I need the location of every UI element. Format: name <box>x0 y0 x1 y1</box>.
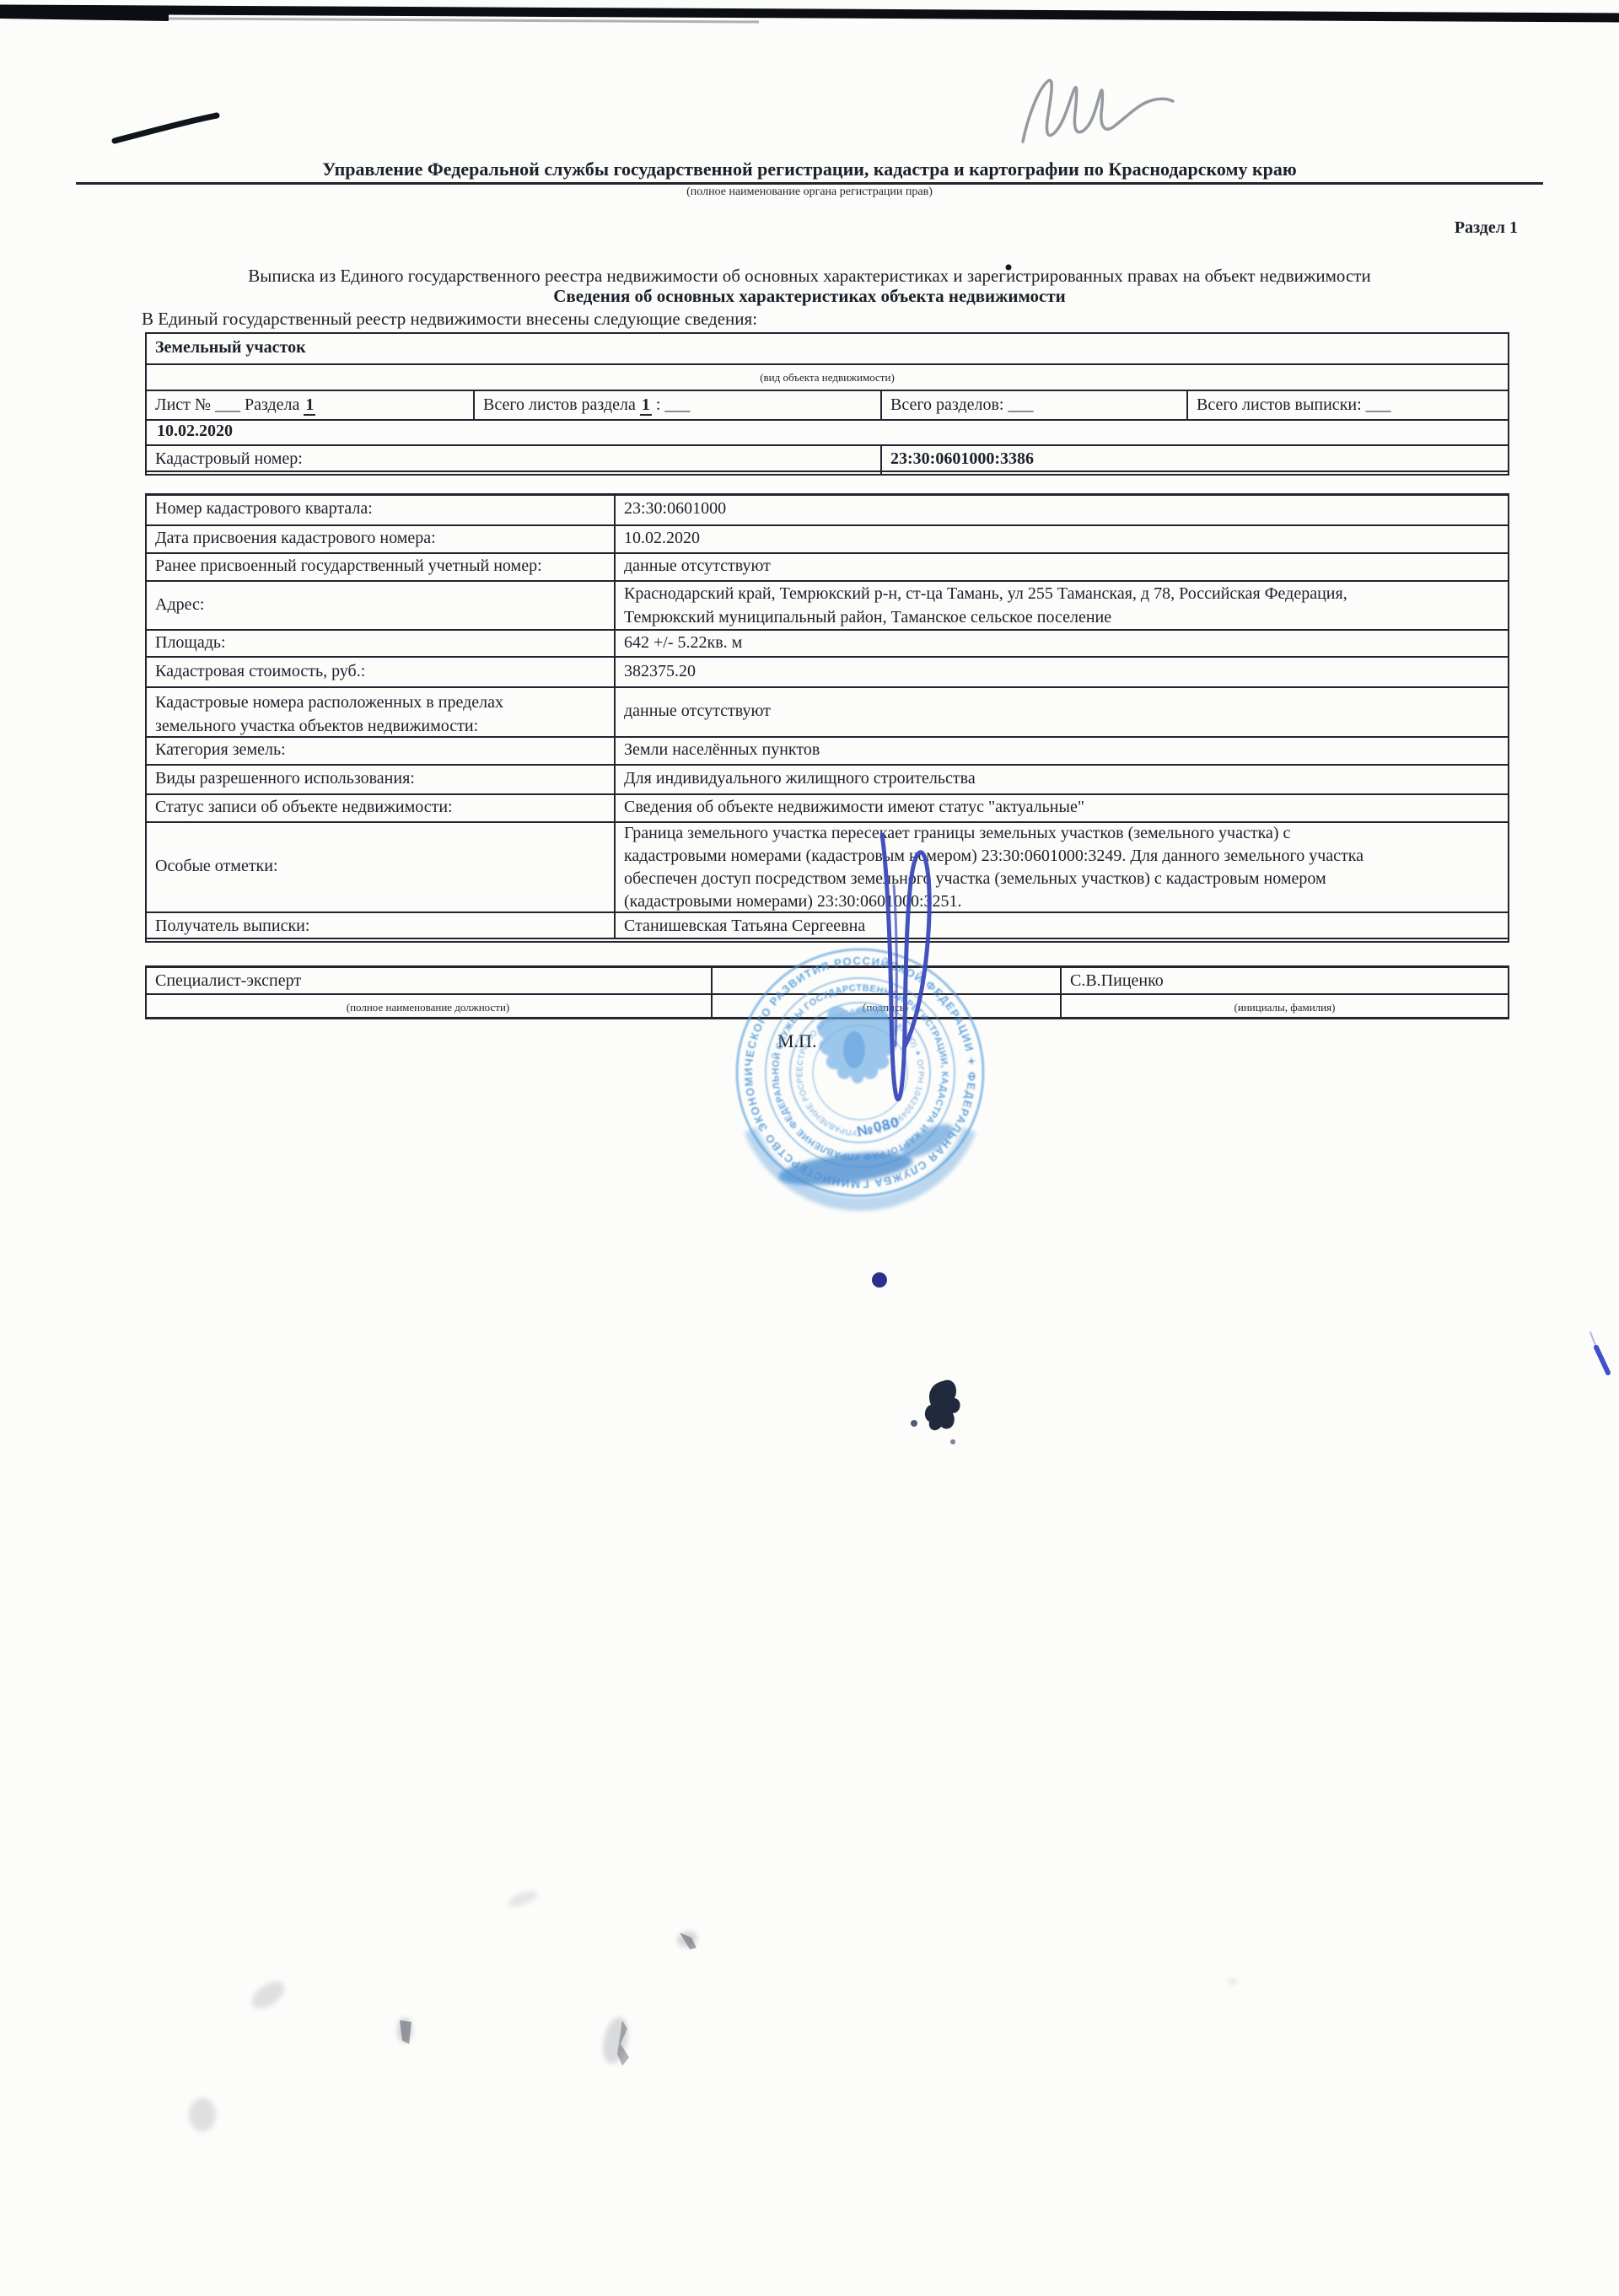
row-value-line: Темрюкский муниципальный район, Таманско… <box>624 606 1111 628</box>
seal-place-label: М.П. <box>777 1030 816 1052</box>
pen-slash-mark <box>1590 1332 1608 1373</box>
t2-divider <box>614 493 616 939</box>
row-label: Дата присвоения кадастрового номера: <box>155 527 436 549</box>
extract-date: 10.02.2020 <box>157 420 233 442</box>
t1-border <box>145 470 1509 472</box>
sections-total-label: Всего разделов: <box>890 395 1004 414</box>
t1-border <box>145 390 1509 391</box>
t2-border <box>145 629 1509 631</box>
row-value: данные отсутствуют <box>624 700 771 722</box>
row-value-line: обеспечен доступ посредством земельного … <box>624 868 1326 890</box>
pencil-initials <box>1023 80 1173 142</box>
sheets-total-cell: Всего листов раздела 1 : ___ <box>483 394 690 416</box>
signoff-signature-caption: (подпись) <box>711 1001 1060 1014</box>
seal-ink-smear-arc <box>750 1130 970 1204</box>
row-label: Особые отметки: <box>155 855 278 877</box>
svg-text:(УПРАВЛЕНИЕ РОСРЕЕСТРА ПО КРАС: (УПРАВЛЕНИЕ РОСРЕЕСТРА ПО КРАСНОДАРСКОМУ… <box>795 1008 925 1137</box>
row-value: 642 +/- 5.22кв. м <box>624 632 742 653</box>
row-value-line: Краснодарский край, Темрюкский р-н, ст-ц… <box>624 583 1347 605</box>
extract-sheets-blank: ___ <box>1366 395 1391 414</box>
row-value-line: (кадастровыми номерами) 23:30:0601000:32… <box>624 890 962 912</box>
t2-border <box>1508 493 1509 943</box>
seal-ink-smear <box>897 1118 958 1164</box>
object-kind: Земельный участок <box>155 336 306 358</box>
row-label: Номер кадастрового квартала: <box>155 497 373 519</box>
t3-border <box>145 1017 1509 1019</box>
row-label: Площадь: <box>155 632 226 653</box>
row-label-line: Кадастровые номера расположенных в преде… <box>155 691 503 713</box>
ink-blot <box>911 1380 960 1444</box>
signoff-position: Специалист-эксперт <box>155 970 301 992</box>
t1-border <box>1186 390 1188 421</box>
sheets-total-number: 1 <box>640 395 652 416</box>
section-label: Раздел 1 <box>1265 217 1518 239</box>
cadastral-number-label: Кадастровый номер: <box>155 448 303 470</box>
paper-smudges <box>189 1888 1237 2132</box>
sheet-cell: Лист № ___ Раздела 1 <box>155 394 315 416</box>
row-label: Категория земель: <box>155 739 286 761</box>
row-value: 10.02.2020 <box>624 527 700 549</box>
row-value: данные отсутствуют <box>624 555 771 577</box>
t2-border <box>145 580 1509 582</box>
seal-number: №080 <box>855 1114 901 1140</box>
intro-line: В Единый государственный реестр недвижим… <box>142 308 757 330</box>
t2-border <box>145 524 1509 526</box>
t1-border <box>145 419 1509 421</box>
scan-edge-artifact <box>0 9 1619 22</box>
signoff-name-caption: (инициалы, фамилия) <box>1060 1001 1509 1014</box>
t1-border <box>145 363 1509 365</box>
row-label: Адрес: <box>155 594 204 616</box>
t1-border <box>880 444 882 476</box>
extract-title: Выписка из Единого государственного реес… <box>93 265 1526 287</box>
row-value: Земли населённых пунктов <box>624 739 820 761</box>
t2-border <box>145 552 1509 554</box>
row-value: 23:30:0601000 <box>624 497 726 519</box>
egrn-extract-scanned-page: Управление Федеральной службы государств… <box>0 0 1619 2296</box>
t1-border <box>1508 332 1509 476</box>
t2-border <box>145 938 1509 939</box>
seal-inner-circle <box>790 1003 930 1143</box>
authority-underline <box>76 182 1543 185</box>
t2-border <box>145 793 1509 795</box>
row-label: Получатель выписки: <box>155 915 309 937</box>
row-label-line: земельного участка объектов недвижимости… <box>155 715 478 737</box>
t3-border <box>145 993 1509 995</box>
seal-outer-circle <box>737 949 983 1196</box>
t1-border <box>145 332 1509 334</box>
row-value: 382375.20 <box>624 660 696 682</box>
sheets-total-label: Всего листов раздела <box>483 395 636 414</box>
signoff-name: С.В.Пиценко <box>1070 970 1164 992</box>
t2-border <box>145 493 147 943</box>
row-label: Виды разрешенного использования: <box>155 767 415 789</box>
sheet-label: Лист № <box>155 395 211 414</box>
t1-border <box>145 444 1509 446</box>
signoff-position-caption: (полное наименование должности) <box>145 1001 711 1014</box>
seal-eagle-core <box>843 1031 865 1068</box>
seal-center-circle <box>813 1025 907 1120</box>
extract-sheets-cell: Всего листов выписки: ___ <box>1197 394 1391 416</box>
extract-sheets-label: Всего листов выписки: <box>1197 395 1362 414</box>
row-label: Ранее присвоенный государственный учетны… <box>155 555 542 577</box>
t1-border <box>880 390 882 421</box>
row-value: Для индивидуального жилищного строительс… <box>624 767 976 789</box>
pen-dash-mark <box>115 116 217 141</box>
t2-border <box>145 493 1509 496</box>
authority-caption: (полное наименование органа регистрации … <box>135 186 1484 199</box>
svg-text:МИНИСТЕРСТВО ЭКОНОМИЧЕСКОГО РА: МИНИСТЕРСТВО ЭКОНОМИЧЕСКОГО РАЗВИТИЯ РОС… <box>666 923 978 1191</box>
seal-inner-ring-text: (УПРАВЛЕНИЕ РОСРЕЕСТРА ПО КРАСНОДАРСКОМУ… <box>795 1008 925 1137</box>
authority-name: Управление Федеральной службы государств… <box>135 159 1484 180</box>
extract-subtitle: Сведения об основных характеристиках объ… <box>135 285 1484 307</box>
t1-border <box>473 390 475 421</box>
sections-total-cell: Всего разделов: ___ <box>890 394 1034 416</box>
object-kind-caption: (вид объекта недвижимости) <box>145 371 1509 384</box>
t2-border <box>145 764 1509 766</box>
t1-border <box>145 474 1509 476</box>
row-value: Сведения об объекте недвижимости имеют с… <box>624 796 1084 818</box>
seal-ink-smear <box>777 1146 915 1191</box>
sheets-total-blank: : ___ <box>656 395 691 414</box>
sheet-section-word: Раздела <box>245 395 299 414</box>
t1-border <box>145 332 147 476</box>
t2-border <box>145 941 1509 943</box>
sheet-section-number: 1 <box>304 395 315 416</box>
row-value-line: Граница земельного участка пересекает гр… <box>624 822 1290 844</box>
rosreestr-round-seal: МИНИСТЕРСТВО ЭКОНОМИЧЕСКОГО РАЗВИТИЯ РОС… <box>666 923 1054 1231</box>
t2-border <box>145 656 1509 658</box>
t2-border <box>145 686 1509 688</box>
row-label: Кадастровая стоимость, руб.: <box>155 660 365 682</box>
t3-border <box>145 965 1509 968</box>
sections-total-blank: ___ <box>1009 395 1034 414</box>
seal-outer-ring-text: МИНИСТЕРСТВО ЭКОНОМИЧЕСКОГО РАЗВИТИЯ РОС… <box>666 923 978 1191</box>
ink-dot <box>872 1272 887 1288</box>
row-value-line: кадастровыми номерами (кадастровым номер… <box>624 845 1364 867</box>
cadastral-number-value: 23:30:0601000:3386 <box>890 448 1034 470</box>
row-value: Станишевская Татьяна Сергеевна <box>624 915 865 937</box>
row-label: Статус записи об объекте недвижимости: <box>155 796 453 818</box>
sheet-blank: ___ <box>215 395 240 414</box>
